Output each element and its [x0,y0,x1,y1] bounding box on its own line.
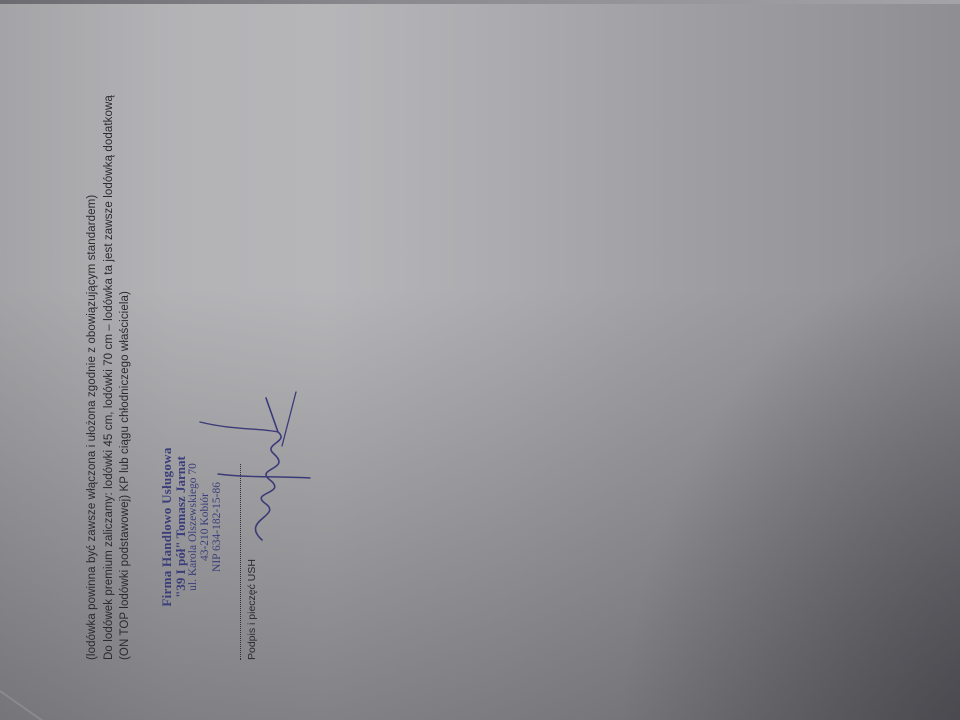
document-line-1: (lodówka powinna być zawsze włączona i u… [86,195,98,660]
handwritten-signature-icon [170,380,320,550]
document-line-2: Do lodówek premium zaliczamy: lodówki 45… [103,95,115,660]
document-line-3: (ON TOP lodówki podstawowej) KP lub ciąg… [119,291,131,660]
signature-label: Podpis i pieczęć USH [246,559,258,660]
rotated-document-page: (lodówka powinna być zawsze włączona i u… [0,0,960,720]
